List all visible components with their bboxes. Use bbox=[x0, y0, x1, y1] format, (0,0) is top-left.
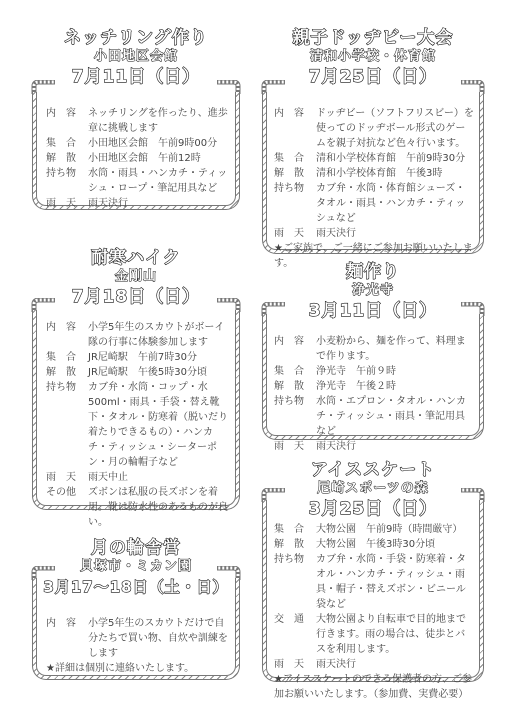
detail-row: 雨 天雨天決行 bbox=[274, 439, 474, 454]
detail-row: 持ち物水筒・エプロン・タオル・ハンカチ・ティッシュ・雨具・筆記用具など bbox=[274, 394, 474, 439]
detail-row: 雨 天雨天決行 bbox=[274, 226, 474, 241]
event-date: 3月17〜18日（土・日） bbox=[32, 576, 240, 598]
detail-row: 解 散清和小学校体育館 午後3時 bbox=[274, 166, 474, 181]
detail-row: 集 合大物公園 午前9時（時間厳守） bbox=[274, 522, 474, 537]
event-card-netchring: ネッチリング作り 小田地区会館 7月11日（日） 内 容ネッチリングを作ったり、… bbox=[32, 22, 240, 210]
event-date: 3月11日（日） bbox=[262, 300, 484, 322]
detail-row: 集 合JR尼崎駅 午前7時30分 bbox=[46, 350, 230, 365]
event-place: 清和小学校・体育館 bbox=[262, 48, 484, 66]
detail-row: 集 合清和小学校体育館 午前9時30分 bbox=[274, 151, 474, 166]
event-date: 7月18日（日） bbox=[32, 286, 240, 308]
detail-row: 内 容小学5年生のスカウトだけで自分たちで買い物、自炊や訓練をします bbox=[46, 616, 230, 661]
event-place: 貝塚市・ミカン園 bbox=[32, 558, 240, 576]
event-place: 浄光寺 bbox=[262, 282, 484, 300]
event-title: 耐寒ハイク bbox=[32, 248, 240, 268]
event-date: 7月11日（日） bbox=[32, 66, 240, 88]
event-card-ice-skate: アイススケート 尼崎スポーツの森 3月25日（日） 集 合大物公園 午前9時（時… bbox=[262, 460, 484, 682]
detail-row: 雨 天雨天中止 bbox=[46, 470, 230, 485]
detail-row: 交 通大物公園より自転車で目的地まで行きます。雨の場合は、徒歩とバスを利用します… bbox=[274, 612, 474, 657]
event-date: 3月25日（日） bbox=[262, 498, 484, 520]
event-title: ネッチリング作り bbox=[32, 28, 240, 48]
detail-row: 内 容ドッヂビー（ソフトフリスビー）を使ってのドッヂボール形式のゲームを親子対抗… bbox=[274, 106, 474, 151]
event-note: ★アイススケートのできる保護者の方、ご参加お願いいたします。（参加費、実費必要） bbox=[274, 672, 474, 702]
event-card-tsukinowa-camp: 月の輪舎営 貝塚市・ミカン園 3月17〜18日（土・日） 内 容小学5年生のスカ… bbox=[32, 538, 240, 680]
event-date: 7月25日（日） bbox=[262, 66, 484, 88]
event-title: 親子ドッヂビー大会 bbox=[262, 28, 484, 48]
event-note: ★詳細は個別に連絡いたします。 bbox=[46, 661, 230, 676]
detail-row: 解 散小田地区会館 午前12時 bbox=[46, 151, 230, 166]
detail-row: 持ち物カブ弁・水筒・体育館シューズ・タオル・雨具・ハンカチ・ティッシュなど bbox=[274, 181, 474, 226]
event-place: 金剛山 bbox=[32, 268, 240, 286]
detail-row: 持ち物水筒・雨具・ハンカチ・ティッシュ・ロープ・筆記用具など bbox=[46, 166, 230, 196]
event-card-winter-hike: 耐寒ハイク 金剛山 7月18日（日） 内 容小学5年生のスカウトがボーイ隊の行事… bbox=[32, 248, 240, 510]
detail-row: 解 散浄光寺 午後２時 bbox=[274, 379, 474, 394]
event-title: アイススケート bbox=[262, 460, 484, 480]
detail-row: 内 容小麦粉から、麺を作って、料理まで作ります。 bbox=[274, 334, 474, 364]
event-card-noodle: 麺作り 浄光寺 3月11日（日） 内 容小麦粉から、麺を作って、料理まで作ります… bbox=[262, 262, 484, 440]
event-place: 尼崎スポーツの森 bbox=[262, 480, 484, 498]
detail-row: 持ち物カブ弁・水筒・手袋・防寒着・タオル・ハンカチ・ティッシュ・雨具・帽子・替え… bbox=[274, 552, 474, 612]
detail-row: 内 容小学5年生のスカウトがボーイ隊の行事に体験参加します bbox=[46, 320, 230, 350]
detail-row: その他ズボンは私服の長ズボンを着用。靴は防水性のあるものが良い。 bbox=[46, 485, 230, 530]
event-title: 麺作り bbox=[262, 262, 484, 282]
detail-row: 集 合浄光寺 午前９時 bbox=[274, 364, 474, 379]
detail-row: 持ち物カブ弁・水筒・コップ・水500ml・雨具・手袋・替え靴下・タオル・防寒着（… bbox=[46, 380, 230, 470]
detail-row: 雨 天雨天決行 bbox=[274, 657, 474, 672]
detail-row: 解 散大物公園 午後3時30分頃 bbox=[274, 537, 474, 552]
event-title: 月の輪舎営 bbox=[32, 538, 240, 558]
event-place: 小田地区会館 bbox=[32, 48, 240, 66]
detail-row: 雨 天雨天決行 bbox=[46, 196, 230, 211]
detail-row: 解 散JR尼崎駅 午後5時30分頃 bbox=[46, 365, 230, 380]
detail-row: 内 容ネッチリングを作ったり、進歩章に挑戦します bbox=[46, 106, 230, 136]
detail-row: 集 合小田地区会館 午前9時00分 bbox=[46, 136, 230, 151]
event-card-dodgebee: 親子ドッヂビー大会 清和小学校・体育館 7月25日（日） 内 容ドッヂビー（ソフ… bbox=[262, 22, 484, 254]
